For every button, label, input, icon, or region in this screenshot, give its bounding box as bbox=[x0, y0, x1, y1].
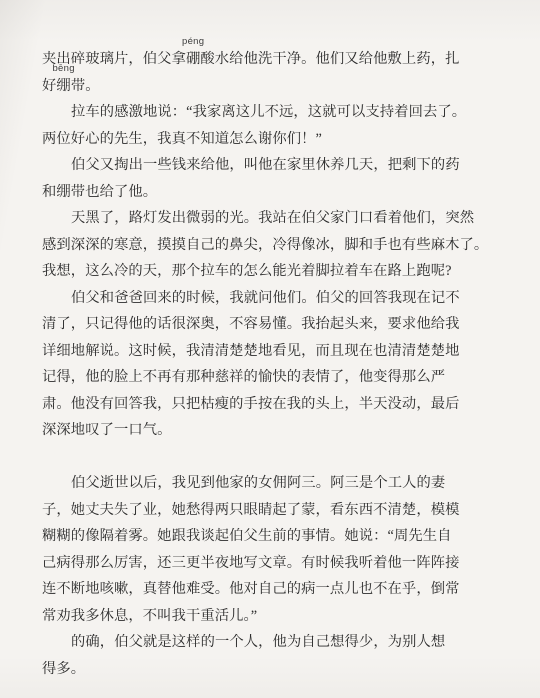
text-line: 的确，伯父就是这样的一个人，他为自己想得少，为别人想 bbox=[42, 629, 494, 656]
text-line: 清了，只记得他的话很深奥，不容易懂。我抬起头来，要求他给我 bbox=[42, 311, 494, 338]
text-run: 记得，他的脸上不再有那种慈祥的愉快的表情了，他变得那么严 bbox=[42, 369, 445, 385]
pinyin-annotation: bēng bbox=[52, 64, 74, 74]
text-line: 连不断地咳嗽，真替他难受。他对自己的病一点儿也不在乎，倒常 bbox=[42, 576, 494, 603]
text-run: 和绷带也给了他。 bbox=[42, 184, 157, 200]
text-run: 的确，伯父就是这样的一个人，他为自己想得少，为别人想 bbox=[71, 634, 445, 650]
text-line: 详细地解说。这时候，我清清楚楚地看见，而且现在也清清楚楚地 bbox=[42, 338, 494, 365]
text-run: 天黑了，路灯发出微弱的光。我站在伯父家门口看着他们，突然 bbox=[71, 210, 474, 226]
text-run: 拉车的感激地说：“我家离这儿不远，这就可以支持着回去了。 bbox=[71, 104, 466, 120]
text-run: 伯父又掏出一些钱来给他，叫他在家里休养几天，把剩下的药 bbox=[71, 157, 460, 173]
text-line: 记得，他的脸上不再有那种慈祥的愉快的表情了，他变得那么严 bbox=[42, 364, 494, 391]
text-line: 伯父和爸爸回来的时候，我就问他们。伯父的回答我现在记不 bbox=[42, 285, 494, 312]
text-line: 伯父逝世以后，我见到他家的女佣阿三。阿三是个工人的妻 bbox=[42, 470, 494, 497]
text-line: 拉车的感激地说：“我家离这儿不远，这就可以支持着回去了。 bbox=[42, 99, 494, 126]
text-line: 肃。他没有回答我，只把枯瘦的手按在我的头上，半天没动，最后 bbox=[42, 391, 494, 418]
text-line: 得多。 bbox=[42, 656, 494, 683]
book-page: 夹出碎玻璃片，伯父拿péng硼酸水给他洗干净。他们又给他敷上药，扎好bēng绷带… bbox=[0, 0, 540, 698]
text-run: 连不断地咳嗽，真替他难受。他对自己的病一点儿也不在乎，倒常 bbox=[42, 581, 460, 597]
text-line: 己病得那么厉害，还三更半夜地写文章。有时候我听着他一阵阵接 bbox=[42, 550, 494, 577]
text-run: 我想，这么冷的天，那个拉车的怎么能光着脚拉着车在路上跑呢? bbox=[42, 263, 452, 279]
text-run: 感到深深的寒意，摸摸自己的鼻尖，冷得像冰，脚和手也有些麻木了。 bbox=[42, 237, 488, 253]
text-line: 伯父又掏出一些钱来给他，叫他在家里休养几天，把剩下的药 bbox=[42, 152, 494, 179]
text-run: 两位好心的先生，我真不知道怎么谢你们！” bbox=[42, 131, 322, 147]
text-line: 和绷带也给了他。 bbox=[42, 179, 494, 206]
text-run: 清了，只记得他的话很深奥，不容易懂。我抬起头来，要求他给我 bbox=[42, 316, 460, 332]
text-line: 好bēng绷带。 bbox=[42, 73, 494, 100]
text-run: 子，她丈夫失了业，她愁得两只眼睛起了蒙，看东西不清楚，模模 bbox=[42, 502, 460, 518]
text-block: 夹出碎玻璃片，伯父拿péng硼酸水给他洗干净。他们又给他敷上药，扎好bēng绷带… bbox=[42, 46, 494, 682]
text-line: 感到深深的寒意，摸摸自己的鼻尖，冷得像冰，脚和手也有些麻木了。 bbox=[42, 232, 494, 259]
text-run: 详细地解说。这时候，我清清楚楚地看见，而且现在也清清楚楚地 bbox=[42, 343, 460, 359]
text-line: 天黑了，路灯发出微弱的光。我站在伯父家门口看着他们，突然 bbox=[42, 205, 494, 232]
text-run: 好 bbox=[42, 78, 56, 94]
text-line: 糊糊的像隔着雾。她跟我谈起伯父生前的事情。她说：“周先生自 bbox=[42, 523, 494, 550]
text-line: 我想，这么冷的天，那个拉车的怎么能光着脚拉着车在路上跑呢? bbox=[42, 258, 494, 285]
pinyin-ruby-char: péng硼 bbox=[186, 46, 200, 73]
text-run: 深深地叹了一口气。 bbox=[42, 422, 172, 438]
text-run: 带。 bbox=[71, 78, 100, 94]
text-line: 夹出碎玻璃片，伯父拿péng硼酸水给他洗干净。他们又给他敷上药，扎 bbox=[42, 46, 494, 73]
text-line: 两位好心的先生，我真不知道怎么谢你们！” bbox=[42, 126, 494, 153]
text-run: 伯父逝世以后，我见到他家的女佣阿三。阿三是个工人的妻 bbox=[71, 475, 445, 491]
text-run: 常劝我多休息，不叫我干重活儿。” bbox=[42, 608, 257, 624]
text-run: 己病得那么厉害，还三更半夜地写文章。有时候我听着他一阵阵接 bbox=[42, 555, 460, 571]
text-run: 得多。 bbox=[42, 661, 85, 677]
blank-line bbox=[42, 444, 494, 471]
text-run: 糊糊的像隔着雾。她跟我谈起伯父生前的事情。她说：“周先生自 bbox=[42, 528, 452, 544]
text-line: 深深地叹了一口气。 bbox=[42, 417, 494, 444]
text-run: 酸水给他洗干净。他们又给他敷上药，扎 bbox=[200, 51, 459, 67]
text-line: 子，她丈夫失了业，她愁得两只眼睛起了蒙，看东西不清楚，模模 bbox=[42, 497, 494, 524]
pinyin-ruby-char: bēng绷 bbox=[56, 73, 70, 100]
text-line: 常劝我多休息，不叫我干重活儿。” bbox=[42, 603, 494, 630]
pinyin-annotation: péng bbox=[182, 37, 204, 47]
text-run: 伯父和爸爸回来的时候，我就问他们。伯父的回答我现在记不 bbox=[71, 290, 460, 306]
text-run: 肃。他没有回答我，只把枯瘦的手按在我的头上，半天没动，最后 bbox=[42, 396, 460, 412]
